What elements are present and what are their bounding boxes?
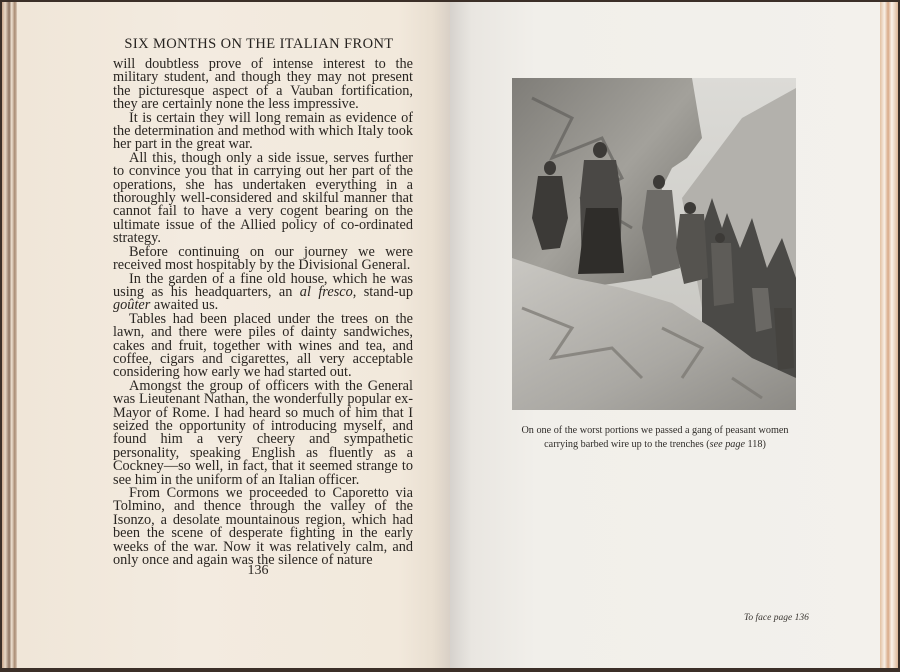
book-spread: SIX MONTHS ON THE ITALIAN FRONT will dou… [0,0,900,672]
running-head: SIX MONTHS ON THE ITALIAN FRONT [98,36,420,53]
paragraph-3: All this, though only a side issue, serv… [113,152,413,246]
caption-line-2: carrying barbed wire up to the trenches … [508,438,802,452]
right-page-edges [880,2,898,668]
caption-page-ref: 118) [745,439,766,450]
photograph-plate-icon [512,78,796,410]
caption-see-page: see page [710,439,745,450]
caption-line-2-text: carrying barbed wire up to the trenches … [544,439,709,450]
paragraph-5: In the garden of a fine old house, which… [113,273,413,313]
left-page-edges [2,2,18,668]
paragraph-4: Before continuing on our journey we were… [113,246,413,273]
paragraph-6: Tables had been placed under the trees o… [113,313,413,380]
plate-caption: On one of the worst portions we passed a… [508,424,802,452]
body-text: will doubtless prove of intense interest… [113,58,413,567]
page-number: 136 [228,563,288,579]
paragraph-1: will doubtless prove of intense interest… [113,58,413,112]
paragraph-7: Amongst the group of officers with the G… [113,380,413,487]
caption-line-1: On one of the worst portions we passed a… [508,424,802,438]
facing-page-note: To face page 136 [744,613,834,623]
paragraph-8: From Cormons we proceeded to Caporetto v… [113,487,413,567]
italic-al-fresco: al fresco [300,284,353,300]
paragraph-5-part-2: , stand-up [353,284,413,300]
paragraph-2: It is certain they will long remain as e… [113,112,413,152]
